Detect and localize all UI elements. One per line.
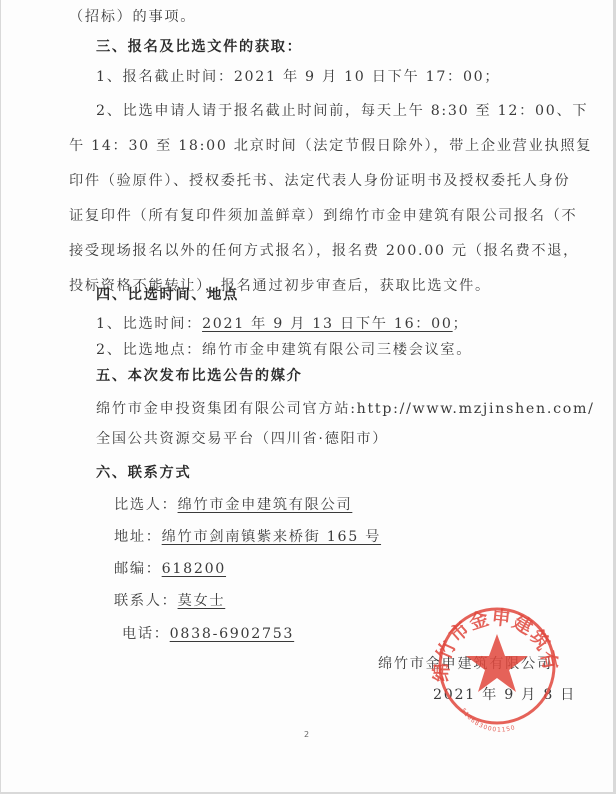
postcode-row: 邮编：618200 — [114, 559, 226, 579]
buyer-value: 绵竹市金申建筑有限公司 — [178, 497, 353, 513]
registration-deadline: 1、报名截止时间：2021 年 9 月 10 日下午 17：00； — [96, 67, 500, 87]
section6-heading: 六、联系方式 — [96, 463, 191, 483]
phone-label: 电话： — [122, 626, 170, 642]
text-line: （招标）的事项。 — [69, 7, 196, 27]
selection-time: 1、比选时间：2021 年 9 月 13 日下午 16：00； — [96, 314, 469, 334]
selection-place: 2、比选地点：绵竹市金申建筑有限公司三楼会议室。 — [96, 340, 472, 360]
signature-date: 2021 年 9 月 8 日 — [433, 685, 576, 705]
address-row: 地址：绵竹市剑南镇紫来桥街 165 号 — [114, 527, 381, 547]
text-line: 印件（验原件）、授权委托书、法定代表人身份证明书及授权委托人身份 — [69, 171, 570, 191]
contact-row: 联系人：莫女士 — [114, 591, 225, 611]
section3-heading: 三、报名及比选文件的获取： — [96, 37, 303, 57]
postcode-value: 618200 — [162, 561, 226, 577]
postcode-label: 邮编： — [114, 561, 162, 577]
media-platform: 全国公共资源交易平台（四川省·德阳市） — [96, 429, 388, 449]
svg-text:5106830001150: 5106830001150 — [459, 707, 516, 734]
text-line: 2、比选申请人请于报名截止时间前，每天上午 8:30 至 12：00、下 — [96, 101, 588, 121]
signature-company: 绵竹市金申建筑有限公司 — [378, 654, 553, 674]
buyer-row: 比选人：绵竹市金申建筑有限公司 — [114, 495, 352, 515]
selection-time-value: 2021 年 9 月 13 日下午 16：00 — [202, 316, 453, 332]
page-number: 2 — [304, 730, 309, 739]
media-website: 绵竹市金申投资集团有限公司官方站:http://www.mzjinshen.co… — [96, 399, 595, 419]
seal-number: 5106830001150 — [459, 707, 516, 734]
punctuation: ； — [453, 316, 469, 332]
selection-time-label: 1、比选时间： — [96, 316, 202, 332]
phone-value: 0838-6902753 — [170, 626, 295, 642]
phone-row: 电话：0838-6902753 — [122, 624, 294, 644]
document-page: （招标）的事项。 三、报名及比选文件的获取： 1、报名截止时间：2021 年 9… — [1, 0, 613, 792]
section5-heading: 五、本次发布比选公告的媒介 — [96, 366, 303, 386]
text-line: 接受现场报名以外的任何方式报名），报名费 200.00 元（报名费不退， — [69, 241, 579, 261]
text-line: 证复印件（所有复印件须加盖鲜章）到绵竹市金申建筑有限公司报名（不 — [69, 206, 577, 226]
address-value: 绵竹市剑南镇紫来桥街 165 号 — [162, 529, 381, 545]
contact-label: 联系人： — [114, 593, 178, 609]
section4-heading: 四、比选时间、地点 — [96, 285, 239, 305]
buyer-label: 比选人： — [114, 497, 178, 513]
contact-value: 莫女士 — [178, 593, 226, 609]
address-label: 地址： — [114, 529, 162, 545]
text-line: 午 14：30 至 18:00 北京时间（法定节假日除外），带上企业营业执照复 — [69, 136, 592, 156]
